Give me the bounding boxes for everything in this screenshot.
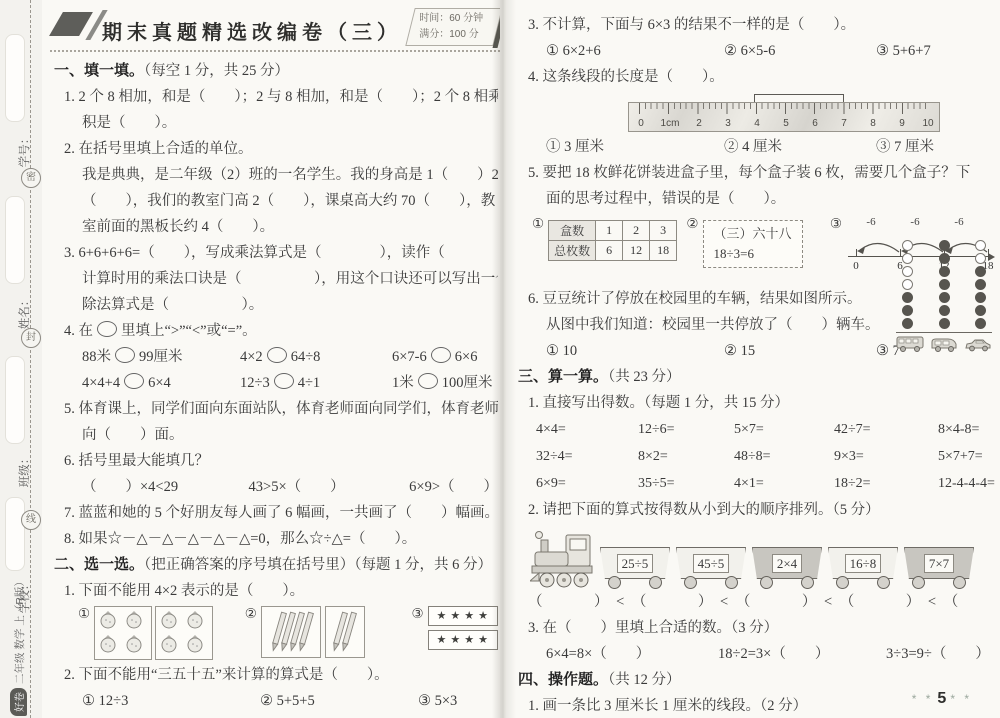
- wheel-icon: [877, 576, 890, 589]
- ruler-number: 3: [725, 118, 731, 129]
- arc-label: -6: [854, 216, 888, 228]
- s2-q3-text: 3. 不计算，下面与 6×3 的结果不一样的是（ ）。: [518, 12, 998, 38]
- wheel-icon: [725, 576, 738, 589]
- axis-tick: [856, 249, 857, 257]
- star-row: ★★★★: [428, 630, 498, 650]
- seal-dashed-line: [30, 0, 31, 718]
- compare-circle-icon: [418, 373, 438, 389]
- s2-q5-line2: 面的思考过程中，错误的是（ ）。: [518, 186, 998, 212]
- compare-pair: 1米100厘米: [392, 370, 493, 396]
- calc-row-3: 6×9=35÷5=4×1=18÷2=12-4-4-4=: [518, 470, 998, 497]
- s1-q4-row2: 4×4+46×4 12÷34÷1 1米100厘米: [54, 370, 498, 396]
- calc-row-2: 32÷4=8×2=48÷8=9×3=5×7+7=: [518, 443, 998, 470]
- workbook-spread: 学号： 姓名： 班级： 学校： 好卷二年级 数学 上（R版） 密 封 线 期末真…: [0, 0, 1000, 718]
- s1-q3-line3: 除法算式是（ ）。: [54, 292, 498, 318]
- s1-q1-line1: 1. 2 个 8 相加，和是（ ）；2 与 8 相加，和是（ ）；2 个 8 相…: [54, 84, 498, 110]
- strawberry-box: [155, 606, 213, 660]
- s1-q4-row1: 88米99厘米 4×264÷8 6×7-66×6: [54, 344, 498, 370]
- bus-dot-column: [902, 240, 913, 329]
- student-id-blank: [5, 34, 25, 122]
- wheel-icon: [760, 576, 773, 589]
- page-right: 3. 不计算，下面与 6×3 的结果不一样的是（ ）。 ① 6×2+6 ② 6×…: [504, 0, 1000, 718]
- pencil-box-2: [325, 606, 365, 658]
- section3-heading: 三、算一算。（共 23 分）: [518, 364, 998, 390]
- wheel-icon: [953, 576, 966, 589]
- van-icon: [930, 335, 958, 353]
- header-dotted-rule: [50, 50, 500, 52]
- train-car: 16÷8: [828, 543, 898, 589]
- wheel-icon: [608, 576, 621, 589]
- page-fold-shadow: [492, 0, 516, 718]
- s3-q3-text: 3. 在（ ）里填上合适的数。（3 分）: [518, 615, 998, 641]
- option-mark: ②: [686, 216, 698, 232]
- s2-q1-options: ① ②: [54, 606, 498, 662]
- strawberry-icon: [158, 633, 180, 655]
- compare-pair: 88米99厘米: [82, 344, 240, 370]
- boxes-table: 盒数123 总枚数61218: [548, 220, 677, 261]
- option-1-strawberries: ①: [78, 606, 245, 660]
- arc-label: -6: [898, 216, 932, 228]
- ruler-figure: 0 1cm 2 3 4 5 6 7 8 9 10: [628, 92, 940, 134]
- paper-header: 期末真题精选改编卷（三） 时间：60 分钟 满分：100 分: [42, 0, 500, 56]
- seal-char-xian: 线: [21, 510, 41, 530]
- option-2-formula-box: ② （三）六十八 18÷3=6: [686, 216, 830, 268]
- section1-heading: 一、填一填。（每空 1 分，共 25 分）: [54, 58, 498, 84]
- brand-logo: 好卷: [10, 688, 27, 716]
- page-footer: * *5* *: [912, 690, 972, 708]
- ruler-number: 9: [899, 118, 905, 129]
- compare-pair: 4×264÷8: [240, 344, 392, 370]
- train-car: 7×7: [904, 543, 974, 589]
- header-slash-decoration: [49, 12, 93, 36]
- section2-heading: 二、选一选。（把正确答案的序号填在括号里）（每题 1 分，共 6 分）: [54, 552, 498, 578]
- calc-row-1: 4×4=12÷6=5×7=42÷7=8×4-8=: [518, 416, 998, 443]
- seal-char-feng: 封: [21, 328, 41, 348]
- section2-meta: （把正确答案的序号填在括号里）（每题 1 分，共 6 分）: [144, 557, 492, 573]
- brand-text: 二年级 数学 上（R版）: [14, 576, 26, 684]
- s2-q4-options: ① 3 厘米 ② 4 厘米 ③ 7 厘米: [518, 134, 998, 160]
- seal-char-mi: 密: [21, 168, 41, 188]
- score-label: 满分：100 分: [419, 27, 493, 43]
- s3-q3-items: 6×4=8×（ ） 18÷2=3×（ ） 3÷3=9÷（ ）: [518, 641, 998, 667]
- compare-pair: 12÷34÷1: [240, 370, 392, 396]
- s2-q4-text: 4. 这条线段的长度是（ ）。: [518, 64, 998, 90]
- option-mark: ③: [830, 216, 842, 232]
- option-1-table: ① 盒数123 总枚数61218: [532, 216, 686, 261]
- section1-meta: （每空 1 分，共 25 分）: [144, 63, 289, 79]
- train-engine-icon: [530, 529, 594, 589]
- s1-q3-line2: 计算时用的乘法口诀是（ ），用这个口诀还可以写出一个: [54, 266, 498, 292]
- s1-q1-line2: 积是（ ）。: [54, 110, 498, 136]
- s2-q2-text: 2. 下面不能用“三五十五”来计算的算式是（ ）。: [54, 662, 498, 688]
- strawberry-icon: [158, 609, 180, 631]
- wheel-icon: [912, 576, 925, 589]
- s1-q5-line2: 向（ ）面。: [54, 422, 498, 448]
- s3-q2-text: 2. 请把下面的算式按得数从小到大的顺序排列。（5 分）: [518, 497, 998, 523]
- car-icon: [964, 335, 992, 353]
- option-mark: ③: [411, 606, 423, 622]
- ruler-number: 10: [922, 118, 933, 129]
- compare-circle-icon: [115, 347, 135, 363]
- measured-segment: [754, 94, 844, 102]
- option-mark: ②: [245, 606, 257, 622]
- section4-meta: （共 12 分）: [608, 672, 681, 688]
- footer-decoration: * *: [950, 692, 972, 706]
- arc-label: -6: [942, 216, 976, 228]
- ruler: 0 1cm 2 3 4 5 6 7 8 9 10: [628, 102, 940, 132]
- wheel-icon: [801, 576, 814, 589]
- strawberry-box: [94, 606, 152, 660]
- compare-pair: 4×4+46×4: [82, 370, 240, 396]
- s1-q2-line1: 2. 在括号里填上合适的单位。: [54, 136, 498, 162]
- s1-q6-items: （ ）×4<29 43>5×（ ） 6×9>（ ）: [54, 474, 498, 500]
- strawberry-icon: [97, 633, 119, 655]
- wheel-icon: [836, 576, 849, 589]
- mnemonic-box: （三）六十八 18÷3=6: [703, 220, 803, 268]
- page-left: 期末真题精选改编卷（三） 时间：60 分钟 满分：100 分 一、填一填。（每空…: [42, 0, 500, 718]
- s2-q5-line1: 5. 要把 18 枚鲜花饼装进盒子里，每个盒子装 6 枚，需要几个盒子？下: [518, 160, 998, 186]
- compare-pair: 6×7-66×6: [392, 344, 477, 370]
- ruler-number: 8: [870, 118, 876, 129]
- s2-q1-text: 1. 下面不能用 4×2 表示的是（ ）。: [54, 578, 498, 604]
- star-row: ★★★★: [428, 606, 498, 626]
- s2-q6-line2: 从图中我们知道：校园里一共停放了（ ）辆车。: [518, 312, 918, 338]
- school-blank: [5, 497, 25, 571]
- s2-q3-options: ① 6×2+6 ② 6×5-6 ③ 5+6+7: [518, 38, 998, 64]
- ruler-number: 5: [783, 118, 789, 129]
- brand-strip: 好卷二年级 数学 上（R版）: [10, 566, 28, 716]
- wheel-icon: [684, 576, 697, 589]
- s1-q4-intro: 4. 在里填上“>”“<”或“=”。: [54, 318, 498, 344]
- strawberry-icon: [123, 609, 145, 631]
- option-mark: ①: [78, 606, 90, 622]
- footer-decoration: * *: [912, 692, 934, 706]
- name-blank: [5, 196, 25, 284]
- wheel-icon: [649, 576, 662, 589]
- section3-meta: （共 23 分）: [608, 369, 681, 385]
- s3-q1-text: 1. 直接写出得数。（每题 1 分，共 15 分）: [518, 390, 998, 416]
- ruler-number: 2: [696, 118, 702, 129]
- s1-q2-line3: （ ），我们的教室门高 2（ ），课桌高大约 70（ ），教: [54, 188, 498, 214]
- s1-q2-line4: 室前面的黑板长约 4（ ）。: [54, 214, 498, 240]
- class-blank: [5, 356, 25, 444]
- s1-q7: 7. 蓝蓝和她的 5 个好朋友每人画了 6 幅画，一共画了（ ）幅画。: [54, 500, 498, 526]
- compare-circle-icon: [267, 347, 287, 363]
- s3-q2-answer-line: （ ） < （ ） < （ ） < （ ） < （ ）: [518, 589, 998, 615]
- strawberry-icon: [123, 633, 145, 655]
- train-car: 2×4: [752, 543, 822, 589]
- s1-q8: 8. 如果☆－△－△－△－△－△=0，那么☆÷△=（ ）。: [54, 526, 498, 552]
- axis-number: 0: [853, 260, 859, 272]
- time-label: 时间：60 分钟: [419, 11, 493, 27]
- compare-circle-icon: [431, 347, 451, 363]
- s1-q3-line1: 3. 6+6+6+6=（ ），写成乘法算式是（ ），读作（ ）: [54, 240, 498, 266]
- bus-icon: [896, 335, 924, 353]
- s2-q2-options: ① 12÷3 ② 5+5+5 ③ 5×3: [54, 688, 498, 714]
- car-dot-column: [975, 240, 986, 329]
- train-figure: 25÷5 45÷5 2×4 16÷8 7×7: [518, 525, 998, 589]
- pencil-box-4: [261, 606, 321, 658]
- ruler-number: 4: [754, 118, 760, 129]
- ruler-cm-ticks: [639, 103, 931, 114]
- compare-circle-icon: [124, 373, 144, 389]
- strawberry-icon: [184, 609, 206, 631]
- s2-q6-line1: 6. 豆豆统计了停放在校园里的车辆，结果如图所示。: [518, 286, 900, 312]
- van-dot-column: [939, 240, 950, 329]
- s1-q2-line2: 我是典典，是二年级（2）班的一名学生。我的身高是 1（ ）20: [54, 162, 498, 188]
- train-car: 25÷5: [600, 543, 670, 589]
- ruler-number: 6: [812, 118, 818, 129]
- time-score-box: 时间：60 分钟 满分：100 分: [405, 8, 500, 46]
- compare-circle-icon: [274, 373, 294, 389]
- paper-title: 期末真题精选改编卷（三）: [102, 16, 400, 45]
- option-2-pencils: ②: [245, 606, 412, 658]
- page-number: 5: [937, 690, 946, 707]
- ruler-number: 7: [841, 118, 847, 129]
- strawberry-icon: [184, 633, 206, 655]
- ruler-number: 0: [638, 118, 644, 129]
- strawberry-icon: [97, 609, 119, 631]
- s1-q6-line: 6. 括号里最大能填几？: [54, 448, 498, 474]
- train-car: 45÷5: [676, 543, 746, 589]
- ruler-number: 1cm: [661, 118, 680, 129]
- option-mark: ①: [532, 216, 544, 232]
- compare-circle-icon: [97, 321, 117, 337]
- s1-q5-line1: 5. 体育课上，同学们面向东面站队，体育老师面向同学们，体育老师面: [54, 396, 498, 422]
- option-3-stars: ③ ★★★★ ★★★★: [411, 606, 498, 654]
- vehicle-pictograph: [896, 240, 992, 353]
- binding-sidebar: 学号： 姓名： 班级： 学校： 好卷二年级 数学 上（R版）: [0, 0, 42, 718]
